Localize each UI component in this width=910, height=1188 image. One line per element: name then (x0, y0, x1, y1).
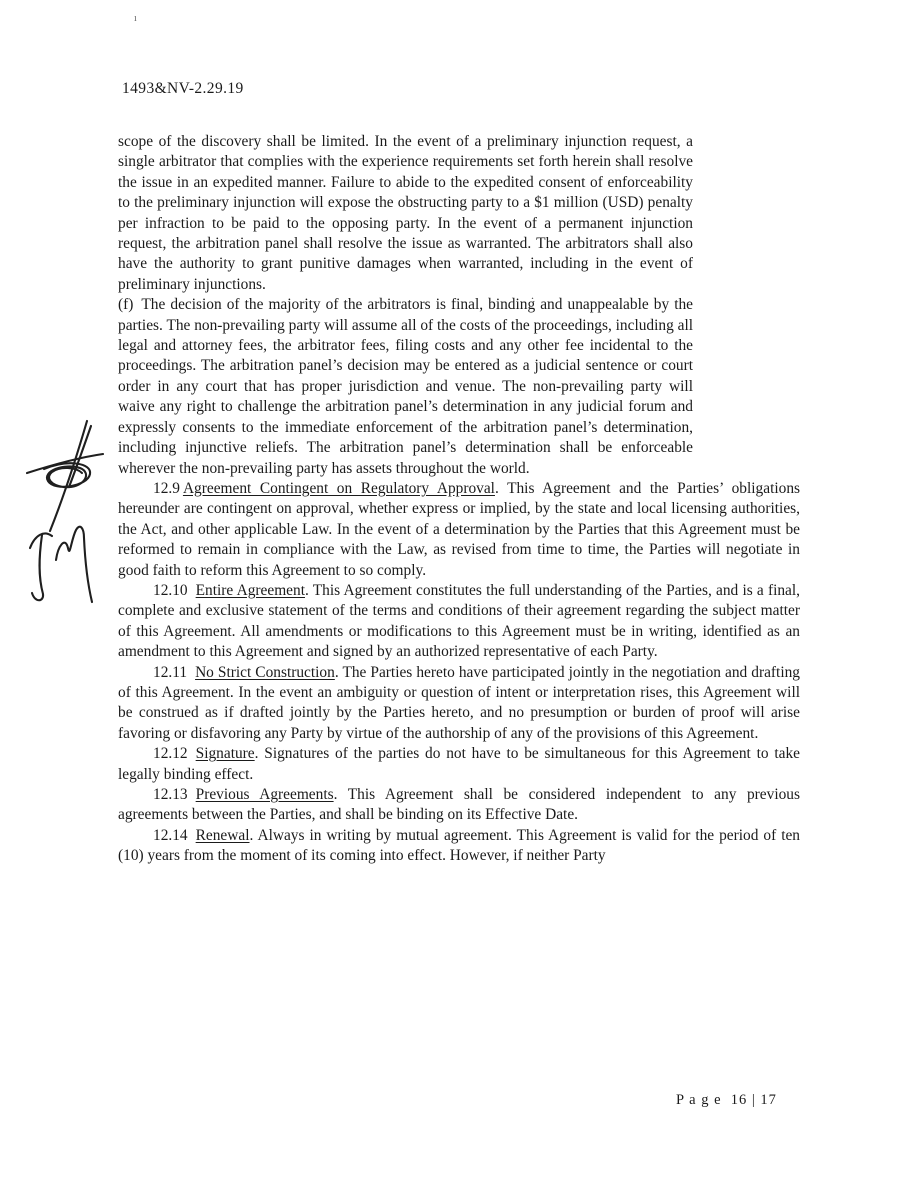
section-12-10: 12.10Entire Agreement. This Agreement co… (118, 581, 800, 663)
section-heading: Signature (196, 745, 255, 762)
section-number: 12.14 (153, 827, 188, 844)
scanned-document-page: ı 1493&NV-2.29.19 scope of the discovery… (0, 0, 910, 1188)
document-body: scope of the discovery shall be limited.… (118, 132, 800, 867)
section-number: 12.9 (153, 480, 180, 497)
section-12-14: 12.14Renewal. Always in writing by mutua… (118, 826, 800, 867)
section-heading: Renewal (196, 827, 250, 844)
section-12-9: 12.9Agreement Contingent on Regulatory A… (118, 479, 800, 581)
section-heading: Agreement Contingent on Regulatory Appro… (183, 480, 495, 497)
page-number-label: P a g e 16 | 17 (676, 1092, 777, 1109)
section-number: 12.13 (153, 786, 188, 803)
tm-initials-drawing (26, 518, 102, 610)
clause-f-text: The decision of the majority of the arbi… (118, 296, 693, 476)
section-12-12: 12.12Signature. Signatures of the partie… (118, 744, 800, 785)
clause-f-marker: (f) (118, 296, 133, 313)
handwritten-initials-tm (26, 518, 102, 615)
section-number: 12.11 (153, 664, 187, 681)
section-heading: No Strict Construction (195, 664, 335, 681)
section-12-13: 12.13Previous Agreements. This Agreement… (118, 785, 800, 826)
section-heading: Entire Agreement (196, 582, 305, 599)
paragraph-arbitration-continuation: scope of the discovery shall be limited.… (118, 132, 693, 295)
scan-artifact-dot: . (531, 288, 534, 303)
section-heading: Previous Agreements (196, 786, 334, 803)
section-number: 12.10 (153, 582, 188, 599)
section-number: 12.12 (153, 745, 188, 762)
paragraph-clause-f: (f)The decision of the majority of the a… (118, 295, 693, 479)
document-reference-code: 1493&NV-2.29.19 (122, 80, 244, 98)
scan-artifact-mark: ı (134, 13, 137, 24)
section-12-11: 12.11No Strict Construction. The Parties… (118, 663, 800, 745)
